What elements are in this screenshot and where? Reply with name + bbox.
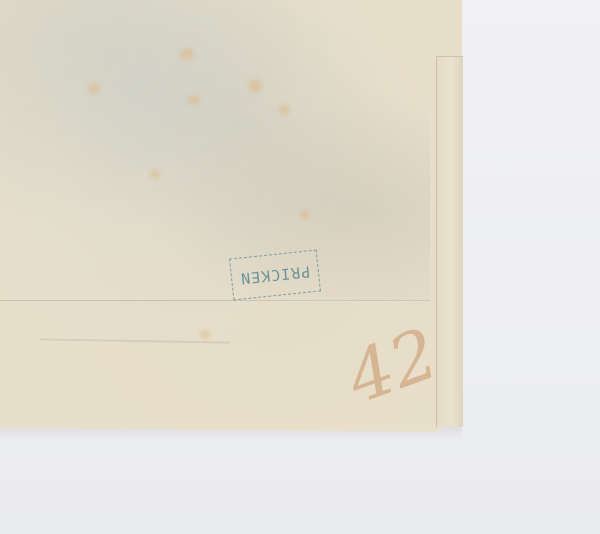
stamp-text: PRICKEN xyxy=(239,262,311,287)
foxing-spot xyxy=(278,105,290,115)
faint-pencil-sketch xyxy=(0,0,430,301)
foxing-spot xyxy=(180,48,194,60)
foxing-spot xyxy=(150,170,160,179)
foxing-spot xyxy=(248,80,262,92)
foxing-spot xyxy=(200,330,210,339)
foxing-spot xyxy=(188,95,200,105)
foxing-spot xyxy=(88,84,100,94)
pencil-inscription xyxy=(40,338,230,343)
foxing-spot xyxy=(300,210,310,219)
